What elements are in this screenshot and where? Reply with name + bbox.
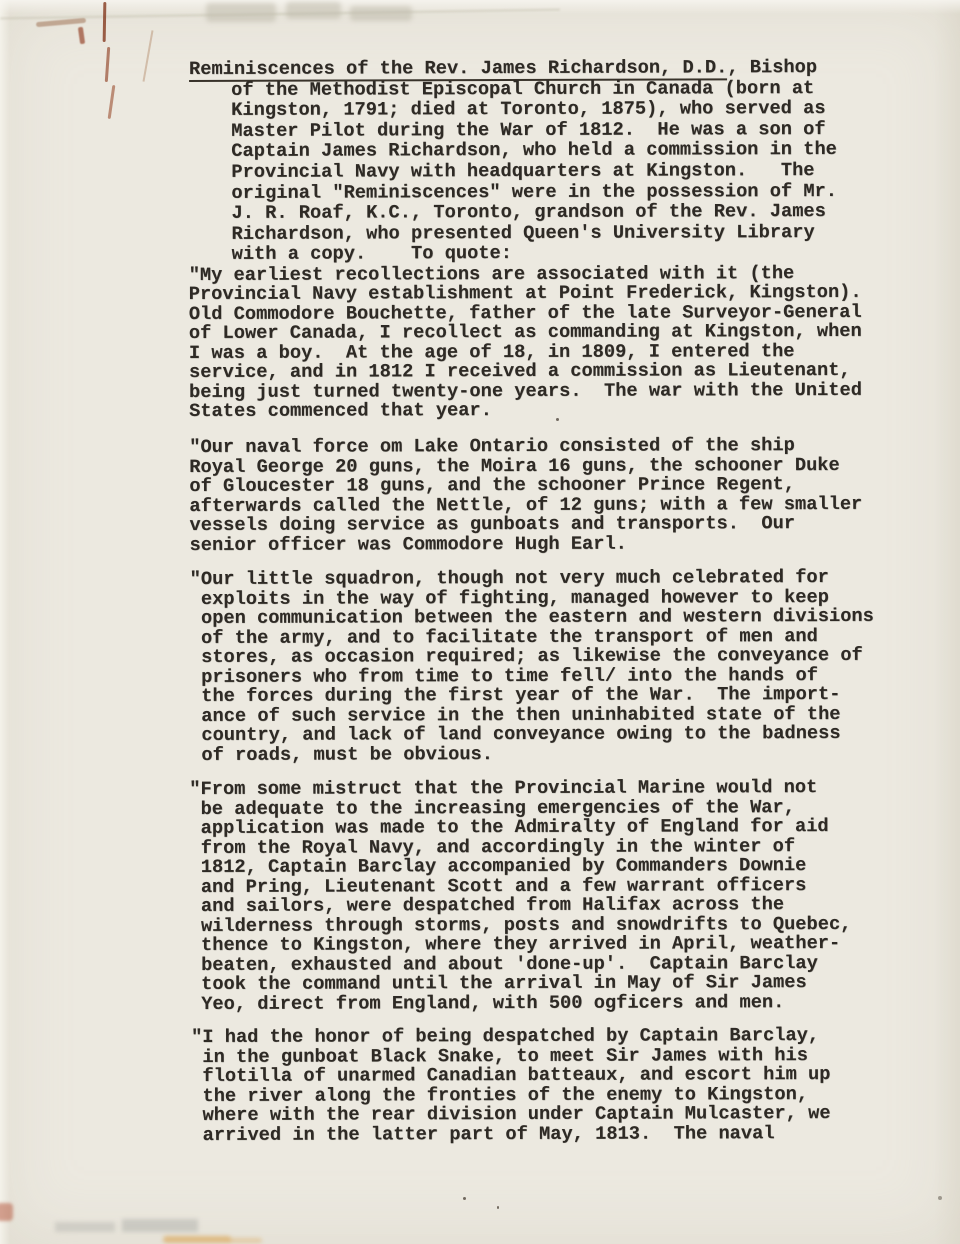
title-continuation: of the Methodist Episcopal Church in Can…: [231, 78, 837, 265]
manuscript-page: Reminiscences of the Rev. James Richards…: [0, 0, 960, 1244]
paragraph-little-squadron: "Our little squadron, though not very mu…: [190, 568, 875, 765]
document-title: Reminiscences of the Rev. James Richards…: [189, 57, 817, 80]
paragraph-naval-force: "Our naval force om Lake Ontario consist…: [189, 436, 862, 555]
title-after-underline: , Bishop: [727, 56, 817, 78]
paragraph-provincial-marine: "From some mistruct that the Provincial …: [189, 778, 851, 1014]
paragraph-honor-despatched: "I had the honor of being despatched by …: [191, 1026, 831, 1145]
paragraph-earliest-recollections: "My earliest recollections are associate…: [189, 263, 862, 421]
text-layer: Reminiscences of the Rev. James Richards…: [0, 0, 960, 1244]
